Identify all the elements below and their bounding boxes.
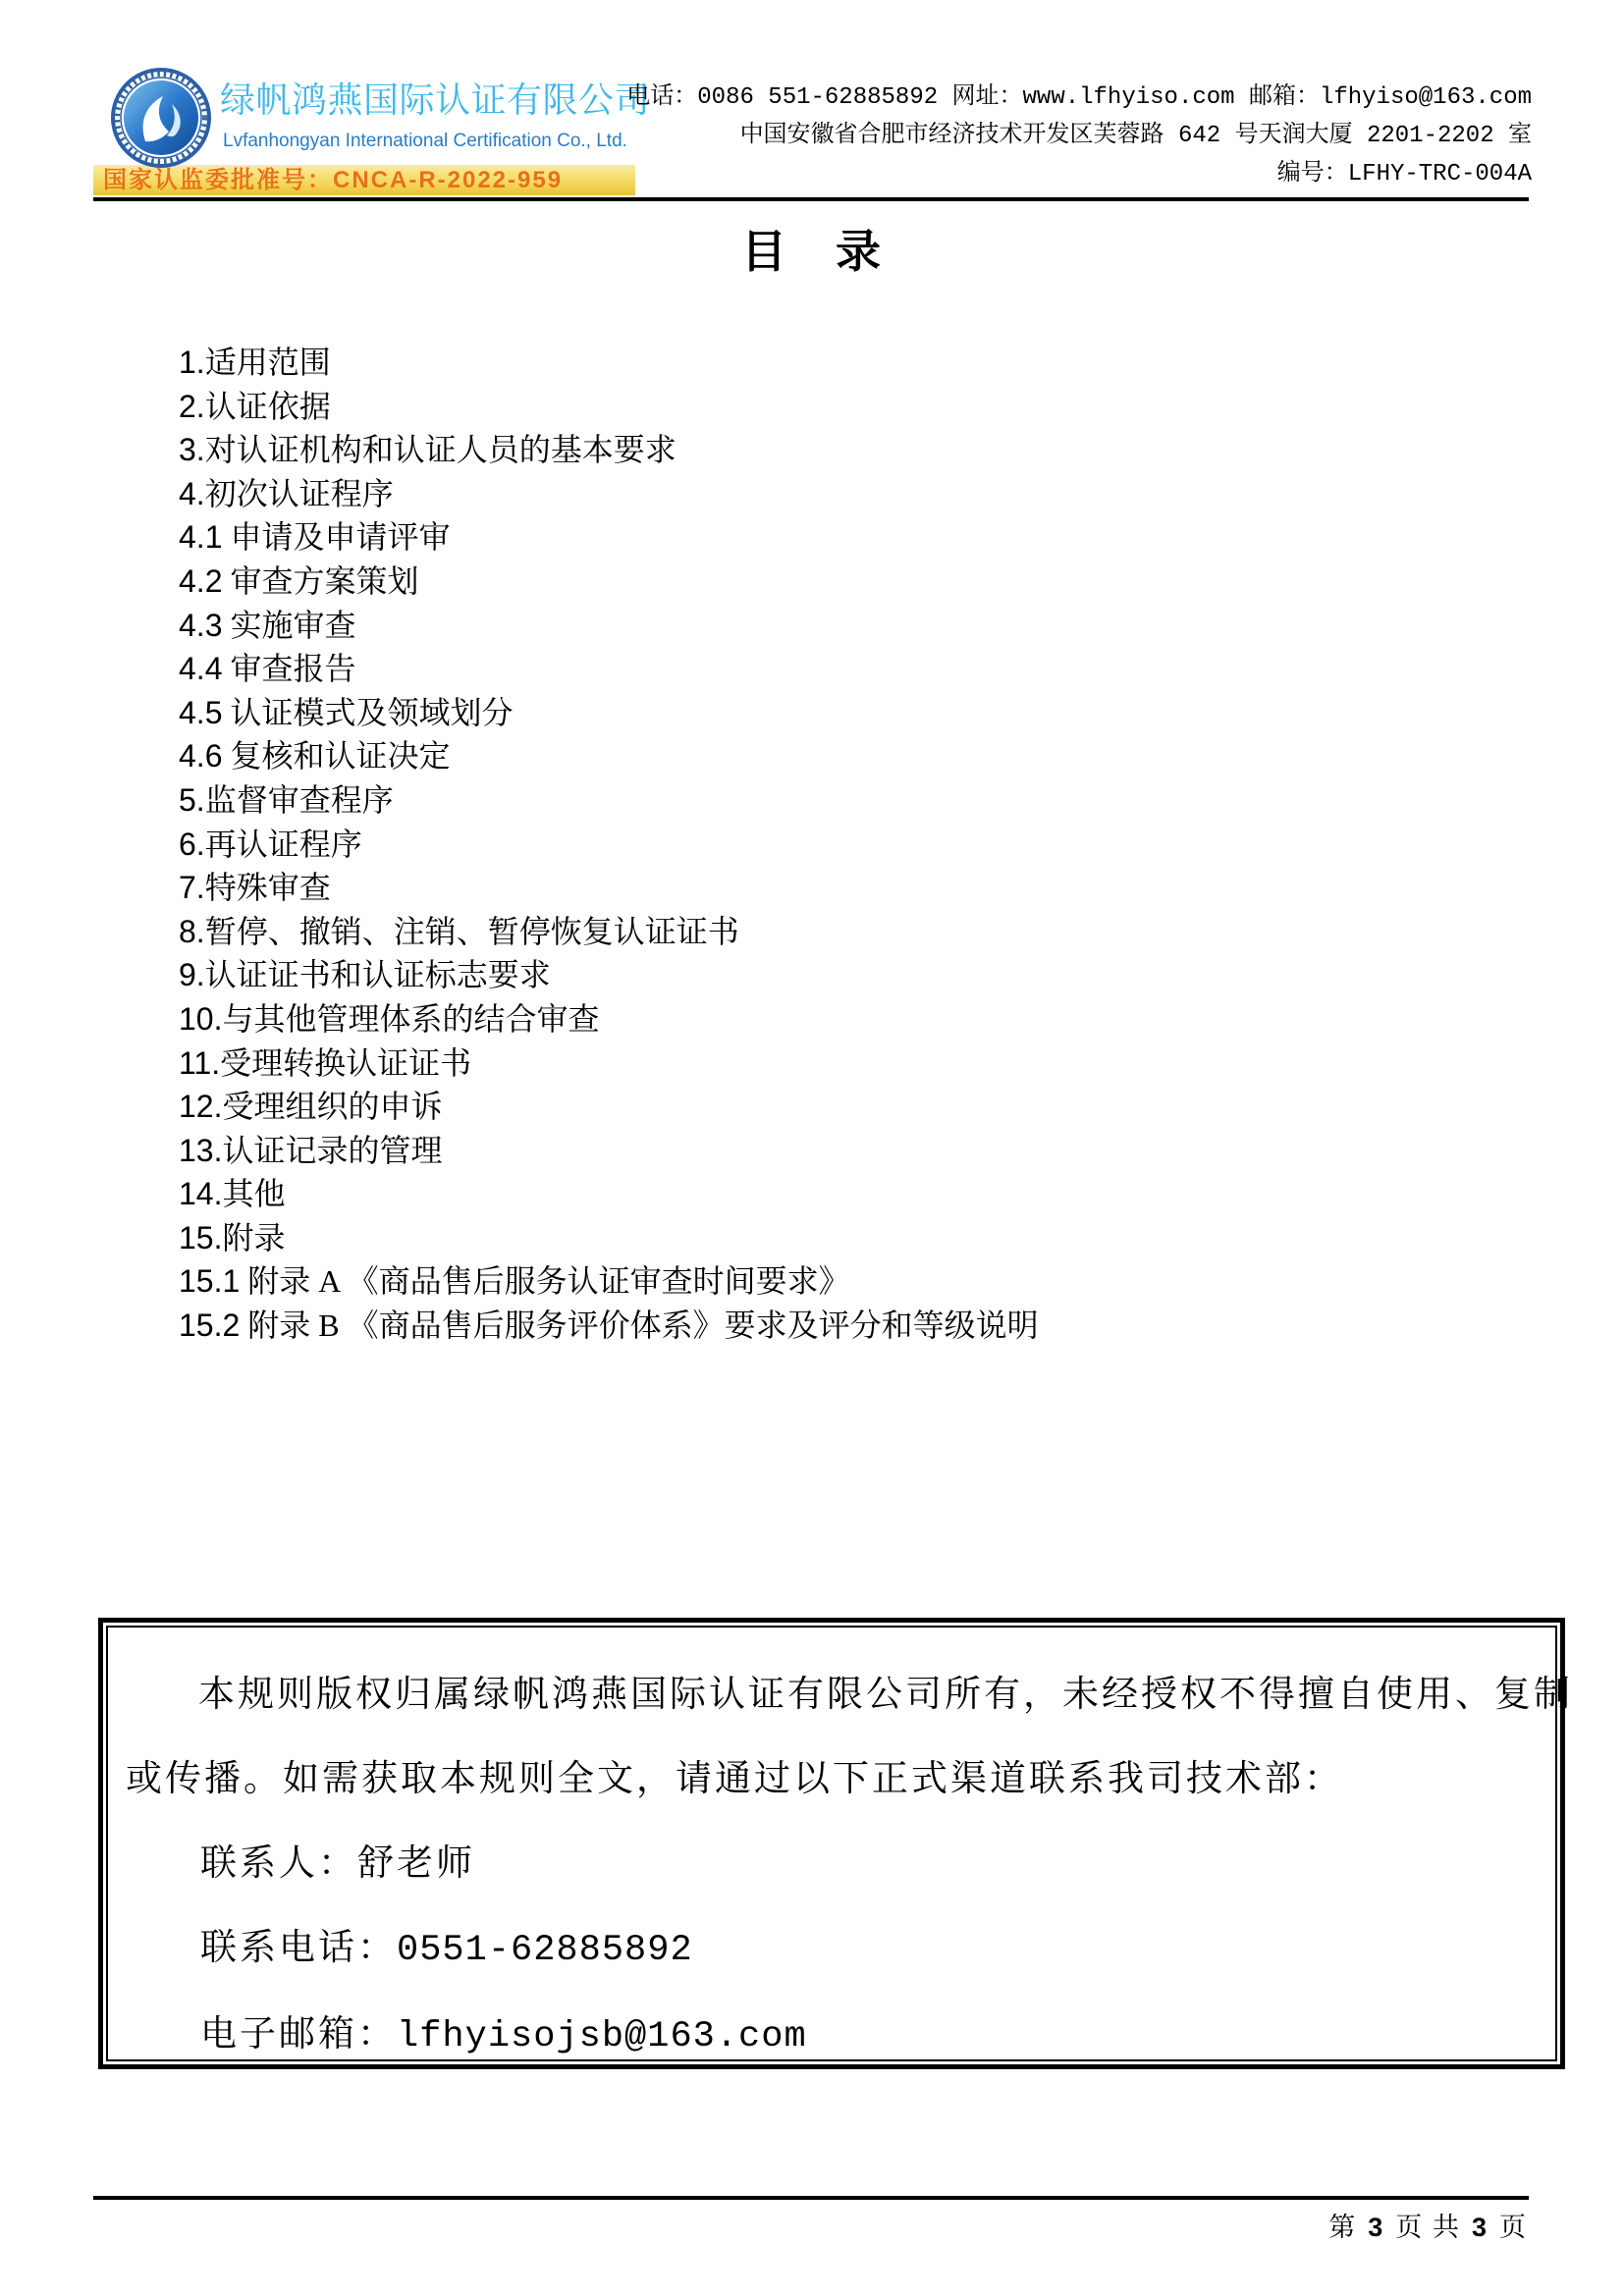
toc-item: 2.认证依据	[179, 385, 1039, 429]
toc-item: 4.5 认证模式及领域划分	[179, 691, 1039, 735]
notice-paragraph-line-1: 本规则版权归属绿帆鸿燕国际认证有限公司所有，未经授权不得擅自使用、复制	[126, 1675, 1542, 1716]
toc-item-text: 实施审查	[222, 608, 355, 643]
toc-item-number: 4.4	[179, 651, 222, 686]
toc-item: 6.再认证程序	[179, 823, 1039, 867]
toc-item-number: 15.	[179, 1220, 222, 1255]
notice-contact-person: 联系人：舒老师	[200, 1843, 1542, 1885]
toc-item-number: 4.3	[179, 608, 222, 643]
page-number-label-page: 第	[1328, 2213, 1357, 2242]
toc-item: 10.与其他管理体系的结合审查	[179, 997, 1039, 1041]
toc-item: 9.认证证书和认证标志要求	[179, 953, 1039, 997]
notice-contact-email-value: lfhyisojsb@163.com	[397, 2016, 807, 2057]
page-number-total: 3	[1472, 2213, 1489, 2242]
notice-contact-email: 电子邮箱：lfhyisojsb@163.com	[200, 2014, 1542, 2057]
toc-item: 5.监督审查程序	[179, 778, 1039, 823]
toc-item: 11.受理转换认证证书	[179, 1041, 1039, 1086]
toc-item: 7.特殊审查	[179, 866, 1039, 910]
toc-item-text: 复核和认证决定	[222, 738, 450, 774]
page-number-label-pages: 页	[1499, 2213, 1528, 2242]
toc-item: 12.受理组织的申诉	[179, 1085, 1039, 1129]
notice-contact-phone: 联系电话：0551-62885892	[200, 1928, 1542, 1971]
toc-list: 1.适用范围 2.认证依据 3.对认证机构和认证人员的基本要求 4.初次认证程序…	[179, 341, 1039, 1348]
toc-item: 8.暂停、撤销、注销、暂停恢复认证证书	[179, 910, 1039, 954]
notice-contact-email-label: 电子邮箱：	[200, 2014, 397, 2055]
toc-item: 14.其他	[179, 1172, 1039, 1216]
header-divider	[93, 197, 1529, 201]
toc-item-text: 初次认证程序	[205, 476, 394, 511]
toc-item: 4.初次认证程序	[179, 472, 1039, 516]
toc-item-text: 监督审查程序	[205, 782, 394, 818]
toc-item: 4.2 审查方案策划	[179, 560, 1039, 604]
toc-item-text: 适用范围	[205, 345, 331, 380]
toc-item: 4.1 申请及申请评审	[179, 515, 1039, 560]
company-name-cn: 绿帆鸿燕国际认证有限公司	[220, 80, 650, 120]
toc-item-number: 4.2	[179, 563, 222, 599]
notice-contact-phone-value: 0551-62885892	[397, 1930, 693, 1971]
address-line: 中国安徽省合肥市经济技术开发区芙蓉路 642 号天润大厦 2201-2202 室	[626, 117, 1532, 155]
toc-item-number: 7.	[179, 870, 205, 905]
page-number: 第3页 共3页	[1328, 2206, 1528, 2244]
toc-item-number: 15.1	[179, 1263, 240, 1299]
toc-item: 3.对认证机构和认证人员的基本要求	[179, 428, 1039, 472]
toc-item-number: 14.	[179, 1176, 222, 1211]
toc-item: 4.4 审查报告	[179, 647, 1039, 691]
toc-item: 13.认证记录的管理	[179, 1129, 1039, 1173]
contact-info-line: 电话：0086 551-62885892 网址：www.lfhyiso.com …	[626, 79, 1532, 117]
company-name-en: Lvfanhongyan International Certification…	[223, 130, 627, 153]
toc-item-text: 对认证机构和认证人员的基本要求	[205, 432, 677, 467]
toc-item-number: 8.	[179, 914, 205, 949]
toc-item-text: 申请及申请评审	[222, 519, 450, 555]
footer-divider	[93, 2196, 1529, 2200]
company-logo-emblem	[110, 67, 212, 169]
toc-item-text: 审查报告	[222, 651, 355, 686]
logo-globe-icon	[110, 67, 212, 169]
toc-item-number: 4.6	[179, 738, 222, 774]
toc-item-number: 6.	[179, 827, 205, 862]
approval-number-banner: 国家认监委批准号：CNCA-R-2022-959	[93, 165, 635, 195]
notice-paragraph-line-2: 或传播。如需获取本规则全文，请通过以下正式渠道联系我司技术部：	[126, 1759, 1542, 1800]
toc-item-text: 认证证书和认证标志要求	[205, 957, 551, 992]
toc-item-text: 认证依据	[205, 389, 331, 424]
doc-number: 编号：LFHY-TRC-004A	[626, 155, 1532, 193]
toc-item-text: 审查方案策划	[222, 563, 418, 599]
toc-item-number: 13.	[179, 1133, 222, 1168]
toc-item-number: 12.	[179, 1089, 222, 1124]
toc-item-number: 10.	[179, 1001, 222, 1037]
toc-item-text: 受理转换认证证书	[220, 1045, 471, 1081]
toc-item-text: 再认证程序	[205, 827, 362, 862]
document-page: 绿帆鸿燕国际认证有限公司 Lvfanhongyan International …	[0, 0, 1624, 2296]
toc-item-number: 15.2	[179, 1308, 240, 1343]
toc-item: 15.附录	[179, 1216, 1039, 1260]
toc-item-number: 5.	[179, 782, 205, 818]
header-contact-block: 电话：0086 551-62885892 网址：www.lfhyiso.com …	[626, 79, 1532, 193]
notice-contact-phone-label: 联系电话：	[200, 1928, 397, 1968]
toc-item-number: 1.	[179, 345, 205, 380]
page-number-current: 3	[1368, 2213, 1384, 2242]
toc-item-text: 其他	[222, 1176, 285, 1211]
copyright-notice-box: 本规则版权归属绿帆鸿燕国际认证有限公司所有，未经授权不得擅自使用、复制 或传播。…	[98, 1618, 1565, 2069]
toc-item-text: 与其他管理体系的结合审查	[222, 1001, 599, 1037]
toc-item-text: 附录	[222, 1220, 285, 1255]
page-number-label-of: 页 共	[1395, 2213, 1461, 2242]
toc-item-number: 4.	[179, 476, 205, 511]
toc-item: 15.2 附录 B 《商品售后服务评价体系》要求及评分和等级说明	[179, 1304, 1039, 1348]
toc-item-text: 暂停、撤销、注销、暂停恢复认证证书	[205, 914, 739, 949]
toc-item-number: 3.	[179, 432, 205, 467]
toc-item-text: 认证模式及领域划分	[222, 695, 513, 730]
toc-item: 15.1 附录 A 《商品售后服务认证审查时间要求》	[179, 1259, 1039, 1304]
toc-item-number: 9.	[179, 957, 205, 992]
toc-item-number: 2.	[179, 389, 205, 424]
page-title: 目 录	[0, 216, 1624, 281]
copyright-notice-inner: 本规则版权归属绿帆鸿燕国际认证有限公司所有，未经授权不得擅自使用、复制 或传播。…	[106, 1626, 1557, 2061]
toc-item-text: 受理组织的申诉	[222, 1089, 442, 1124]
toc-item-text: 认证记录的管理	[222, 1133, 442, 1168]
toc-item-number: 4.5	[179, 695, 222, 730]
toc-item: 4.6 复核和认证决定	[179, 734, 1039, 778]
toc-item: 1.适用范围	[179, 341, 1039, 385]
toc-item-number: 11.	[179, 1045, 220, 1081]
toc-item: 4.3 实施审查	[179, 604, 1039, 648]
toc-item-number: 4.1	[179, 519, 222, 555]
toc-item-text: 附录 B 《商品售后服务评价体系》要求及评分和等级说明	[240, 1308, 1038, 1343]
toc-item-text: 附录 A 《商品售后服务认证审查时间要求》	[240, 1263, 849, 1299]
toc-item-text: 特殊审查	[205, 870, 331, 905]
